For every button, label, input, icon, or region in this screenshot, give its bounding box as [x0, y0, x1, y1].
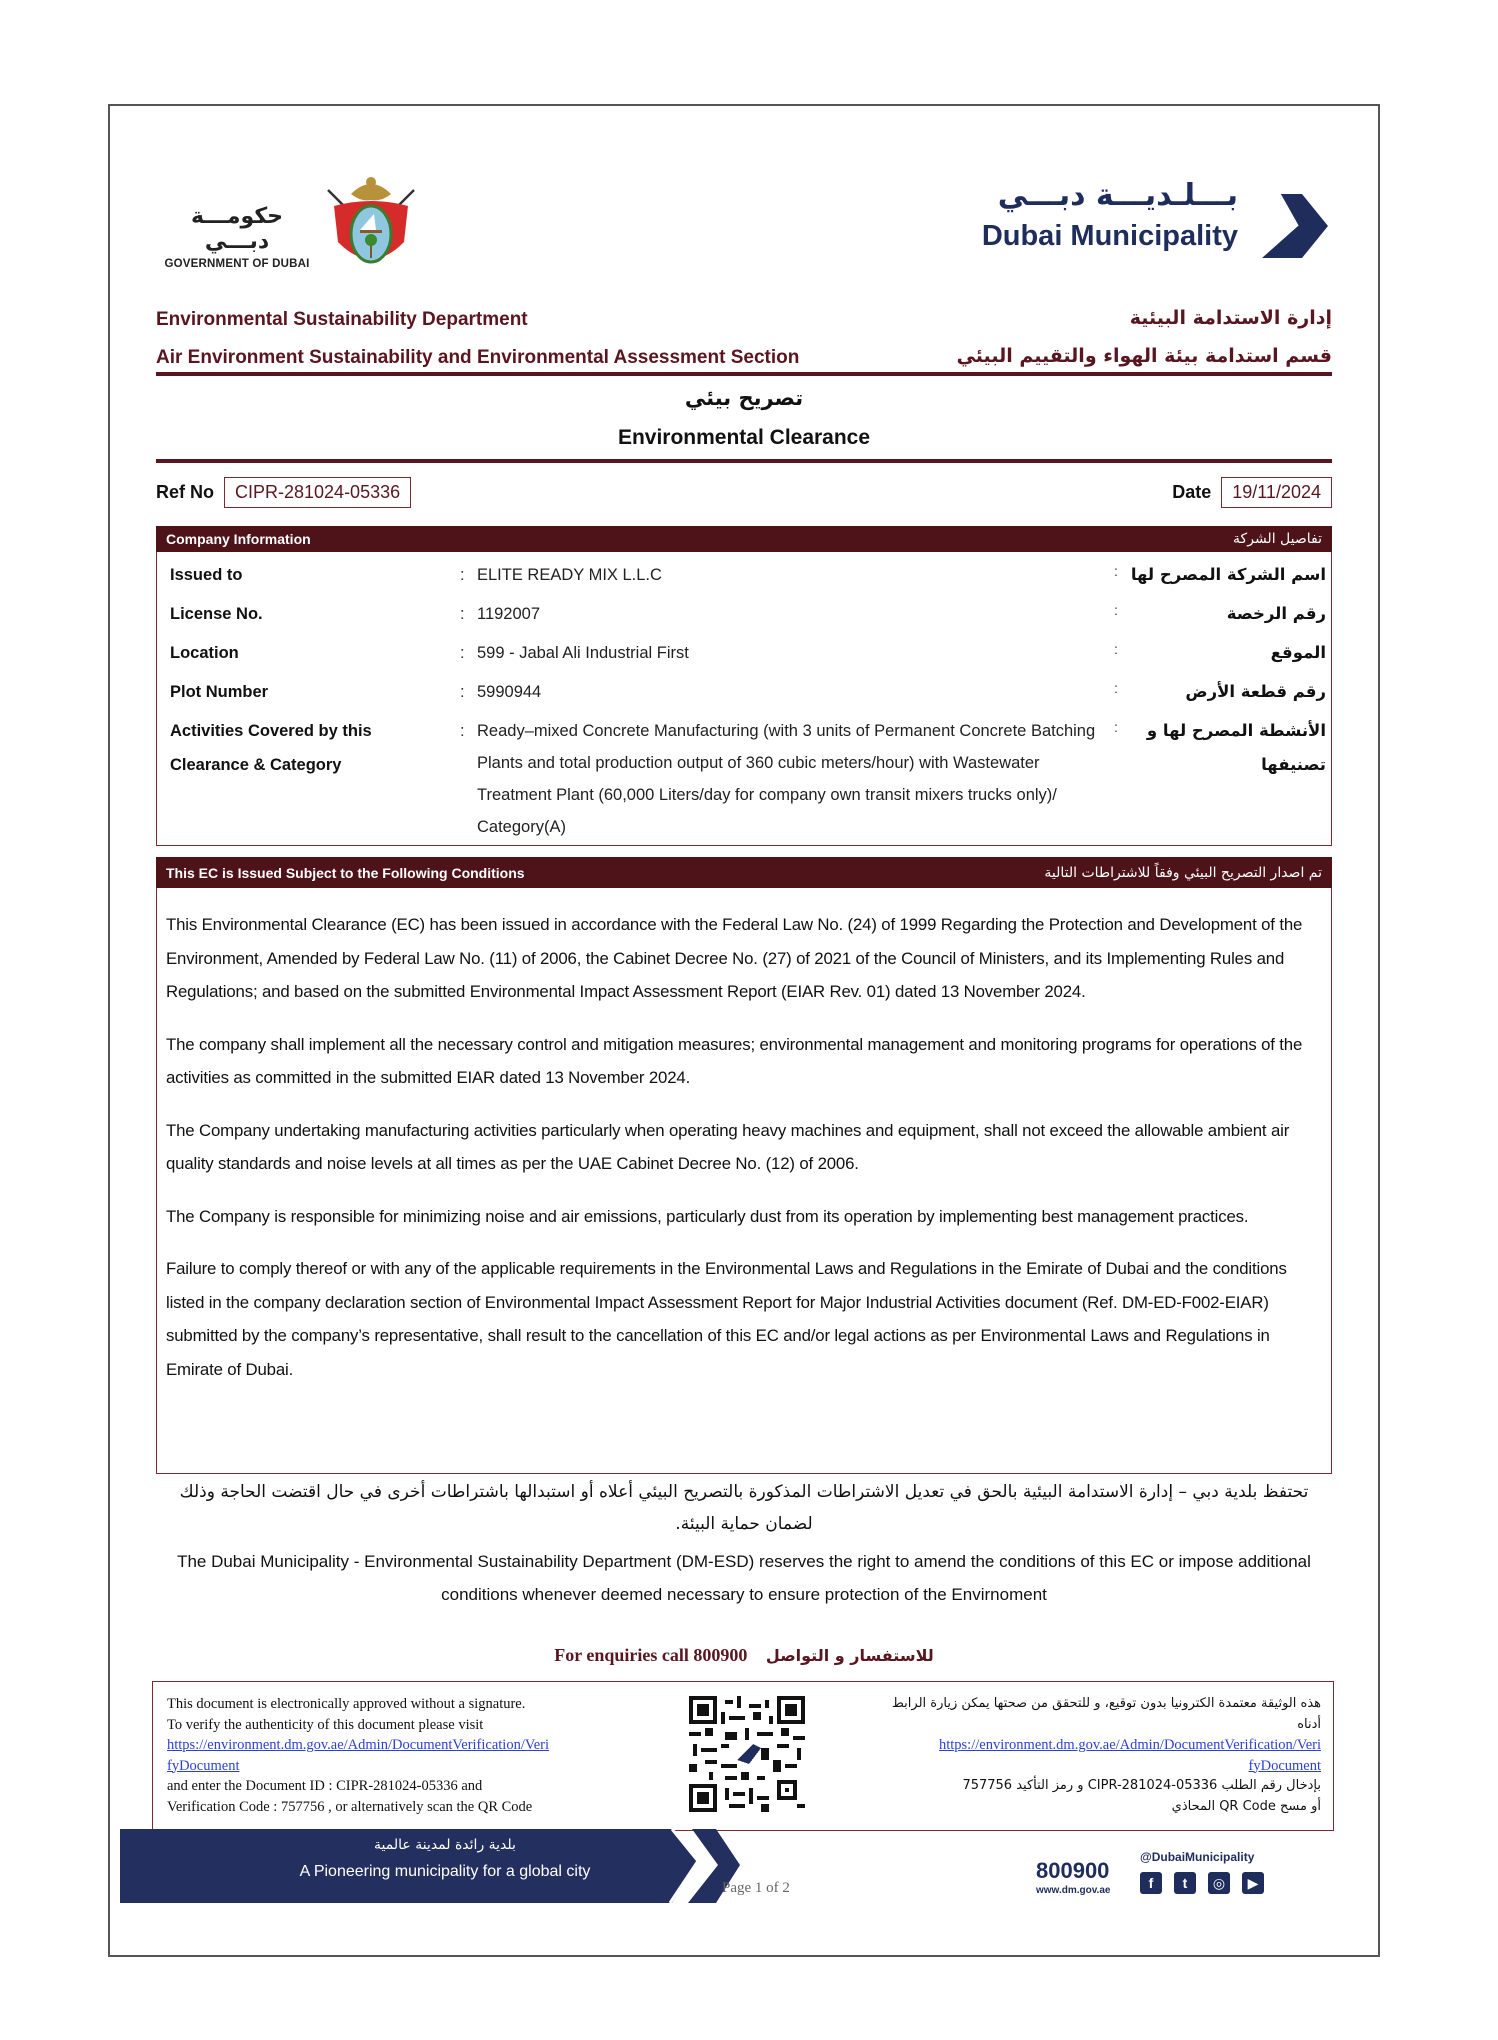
verification-line-ar: أو مسح QR Code المحاذي: [841, 1797, 1321, 1818]
info-label: Issued to: [170, 558, 242, 592]
info-label: Location: [170, 636, 239, 670]
verification-line: and enter the Document ID : CIPR-281024-…: [167, 1776, 647, 1797]
date-value: 19/11/2024: [1221, 477, 1332, 508]
footer-slogan-band: بلدية رائدة لمدينة عالمية A Pioneering m…: [120, 1829, 740, 1903]
gov-logo-english: GOVERNMENT OF DUBAI: [162, 258, 312, 270]
verification-line-ar: أدناه: [841, 1715, 1321, 1736]
reservation-note-ar: تحتفظ بلدية دبي – إدارة الاستدامة البيئي…: [156, 1476, 1332, 1540]
info-label-ar-line: الأنشطة المصرح لها و: [1147, 721, 1326, 740]
qr-code-icon[interactable]: [689, 1696, 805, 1812]
date-label: Date: [1172, 482, 1211, 503]
gov-logo-arabic: حكومـــة دبـــي: [162, 204, 312, 254]
conditions-list: This Environmental Clearance (EC) has be…: [166, 908, 1328, 1405]
colon-ar: :: [1114, 597, 1118, 623]
social-handle: @DubaiMunicipality: [1140, 1850, 1254, 1864]
enquiries-line: For enquiries call 800900 للاستفسار و ال…: [156, 1645, 1332, 1666]
dm-logo-english: Dubai Municipality: [982, 220, 1238, 253]
verification-link-ar[interactable]: https://environment.dm.gov.ae/Admin/Docu…: [841, 1735, 1321, 1756]
verification-line: To verify the authenticity of this docum…: [167, 1715, 647, 1736]
twitter-icon[interactable]: t: [1174, 1872, 1196, 1894]
condition-paragraph: The Company undertaking manufacturing ac…: [166, 1114, 1328, 1181]
dm-chevron-icon: [1258, 190, 1330, 262]
info-label: License No.: [170, 597, 263, 631]
youtube-icon[interactable]: ▶: [1242, 1872, 1264, 1894]
info-label-line: Activities Covered by this: [170, 722, 372, 740]
info-value: 599 - Jabal Ali Industrial First: [477, 636, 1117, 670]
info-label-ar: رقم قطعة الأرض: [1126, 675, 1326, 709]
verification-ar: هذه الوثيقة معتمدة الكترونيا بدون توقيع،…: [841, 1694, 1321, 1817]
dubai-municipality-logo: بـــلـديـــة دبـــي Dubai Municipality: [990, 178, 1330, 268]
social-icons: f t ◎ ▶: [1140, 1872, 1264, 1894]
info-value: 5990944: [477, 675, 1117, 709]
enquiries-en: For enquiries call 800900: [554, 1645, 747, 1665]
company-info-title-en: Company Information: [166, 531, 311, 547]
page-number: Page 1 of 2: [722, 1880, 790, 1897]
info-label-ar: الأنشطة المصرح لها و تصنيفها: [1126, 714, 1326, 782]
info-value: Ready–mixed Concrete Manufacturing (with…: [477, 715, 1117, 843]
dubai-emblem-icon: [316, 172, 426, 276]
conditions-title-ar: تم اصدار التصريح البيئي وفقاً للاشتراطات…: [1044, 865, 1322, 881]
verification-line: This document is electronically approved…: [167, 1694, 647, 1715]
footer-slogan-en: A Pioneering municipality for a global c…: [270, 1863, 620, 1881]
instagram-icon[interactable]: ◎: [1208, 1872, 1230, 1894]
verification-line-ar: هذه الوثيقة معتمدة الكترونيا بدون توقيع،…: [841, 1694, 1321, 1715]
verification-en: This document is electronically approved…: [167, 1694, 647, 1817]
conditions-title-en: This EC is Issued Subject to the Followi…: [166, 865, 525, 881]
verification-line-ar: بإدخال رقم الطلب CIPR-281024-05336 و رمز…: [841, 1776, 1321, 1797]
info-value: 1192007: [477, 597, 1117, 631]
enquiries-ar: للاستفسار و التواصل: [766, 1646, 934, 1665]
verification-link[interactable]: https://environment.dm.gov.ae/Admin/Docu…: [167, 1735, 647, 1756]
footer-slogan-ar: بلدية رائدة لمدينة عالمية: [270, 1837, 620, 1853]
verification-line: Verification Code : 757756 , or alternat…: [167, 1797, 647, 1818]
company-info-title-ar: تفاصيل الشركة: [1233, 531, 1322, 547]
company-info-header: Company Information تفاصيل الشركة: [156, 526, 1332, 552]
verification-link[interactable]: fyDocument: [167, 1756, 647, 1777]
info-label-ar: رقم الرخصة: [1126, 597, 1326, 631]
facebook-icon[interactable]: f: [1140, 1872, 1162, 1894]
conditions-header: This EC is Issued Subject to the Followi…: [156, 857, 1332, 888]
colon: :: [460, 636, 465, 670]
government-of-dubai-logo: حكومـــة دبـــي GOVERNMENT OF DUBAI: [160, 168, 460, 278]
info-value: ELITE READY MIX L.L.C: [477, 558, 1117, 592]
colon-ar: :: [1114, 558, 1118, 584]
info-label-ar: الموقع: [1126, 636, 1326, 670]
title-divider: [156, 459, 1332, 463]
department-name-ar: إدارة الاستدامة البيئية: [1130, 307, 1332, 329]
ref-label: Ref No: [156, 482, 214, 503]
colon-ar: :: [1114, 636, 1118, 662]
colon: :: [460, 675, 465, 709]
colon: :: [460, 558, 465, 592]
info-label-ar: اسم الشركة المصرح لها: [1126, 558, 1326, 592]
department-name-en: Environmental Sustainability Department: [156, 309, 528, 331]
info-label-line: Clearance & Category: [170, 756, 342, 774]
section-name-ar: قسم استدامة بيئة الهواء والتقييم البيئي: [957, 345, 1332, 367]
colon-ar: :: [1114, 675, 1118, 701]
condition-paragraph: This Environmental Clearance (EC) has be…: [166, 908, 1328, 1009]
verification-box: This document is electronically approved…: [152, 1681, 1334, 1831]
verification-link-ar[interactable]: fyDocument: [841, 1756, 1321, 1777]
contact-phone: 800900: [1036, 1858, 1109, 1884]
condition-paragraph: Failure to comply thereof or with any of…: [166, 1252, 1328, 1386]
reservation-note-en: The Dubai Municipality - Environmental S…: [156, 1545, 1332, 1611]
condition-paragraph: The company shall implement all the nece…: [166, 1028, 1328, 1095]
condition-paragraph: The Company is responsible for minimizin…: [166, 1200, 1328, 1234]
colon: :: [460, 714, 465, 748]
document-title-en: Environmental Clearance: [156, 426, 1332, 450]
colon-ar: :: [1114, 714, 1118, 740]
ref-field: Ref No CIPR-281024-05336: [156, 477, 411, 508]
date-field: Date 19/11/2024: [1172, 477, 1332, 508]
info-label: Plot Number: [170, 675, 268, 709]
header-divider: [156, 372, 1332, 376]
contact-website[interactable]: www.dm.gov.ae: [1036, 1885, 1110, 1896]
colon: :: [460, 597, 465, 631]
info-label-ar-line: تصنيفها: [1261, 755, 1326, 774]
info-label: Activities Covered by this Clearance & C…: [170, 714, 372, 782]
document-title-ar: تصريح بيئي: [156, 386, 1332, 410]
dm-logo-arabic: بـــلـديـــة دبـــي: [998, 178, 1238, 213]
section-name-en: Air Environment Sustainability and Envir…: [156, 347, 799, 369]
ref-value: CIPR-281024-05336: [224, 477, 411, 508]
